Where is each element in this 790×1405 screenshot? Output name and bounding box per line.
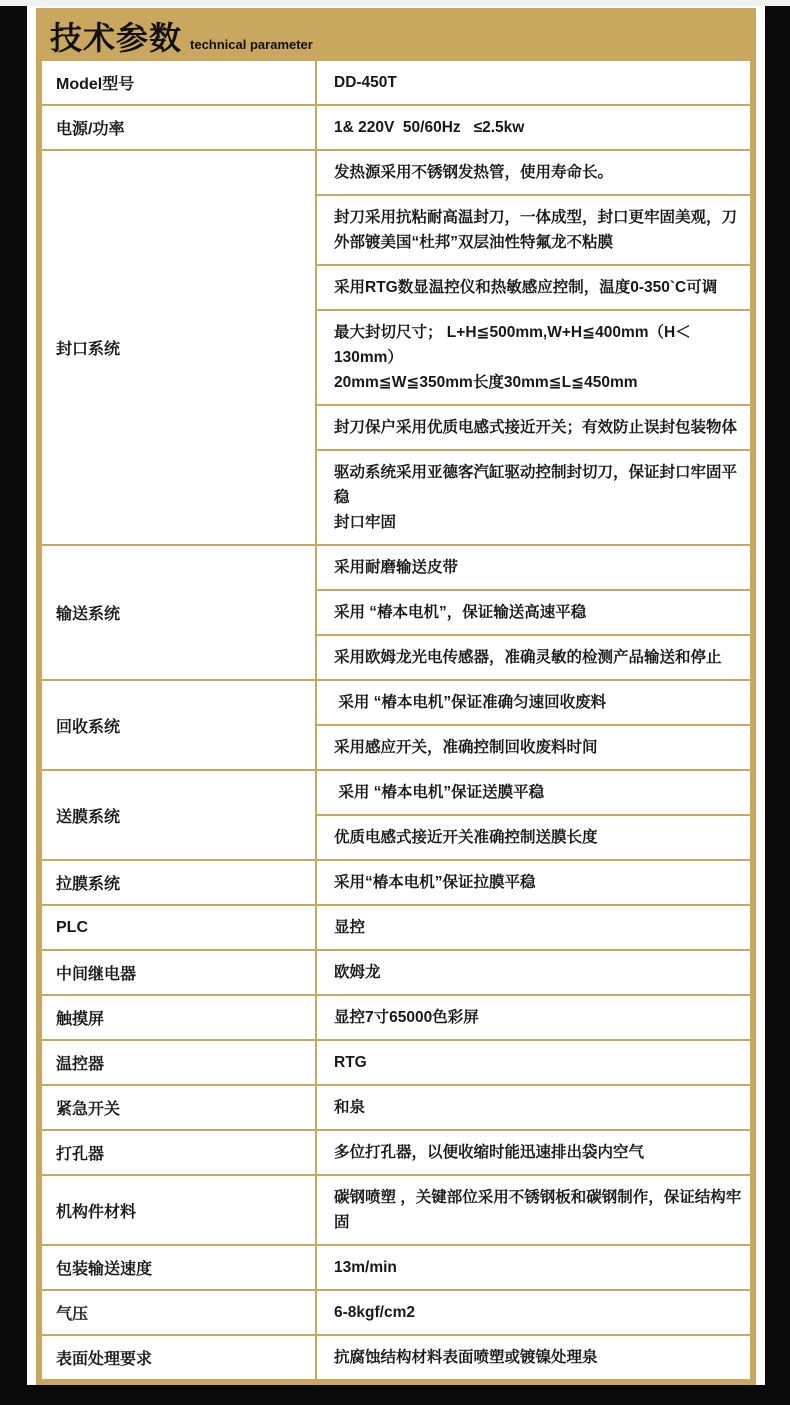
table-row: 触摸屏显控7寸65000色彩屏 (41, 995, 751, 1040)
spec-label: PLC (41, 905, 316, 950)
spec-value: 封刀保户采用优质电感式接近开关；有效防止误封包装物体 (316, 405, 751, 450)
spec-value: 优质电感式接近开关准确控制送膜长度 (316, 815, 751, 860)
spec-value: 1& 220V 50/60Hz ≤2.5kw (316, 105, 751, 150)
table-row: 打孔器多位打孔器，以便收缩时能迅速排出袋内空气 (41, 1130, 751, 1175)
spec-label: 拉膜系统 (41, 860, 316, 905)
spec-label: 温控器 (41, 1040, 316, 1085)
spec-value: 和泉 (316, 1085, 751, 1130)
table-row: 送膜系统 采用 “椿本电机”保证送膜平稳 (41, 770, 751, 815)
table-row: 电源/功率1& 220V 50/60Hz ≤2.5kw (41, 105, 751, 150)
spec-label: 触摸屏 (41, 995, 316, 1040)
spec-value: 封刀采用抗粘耐高温封刀，一体成型，封口更牢固美观，刀 外部镀美国“杜邦”双层油性… (316, 195, 751, 265)
spec-label: 包装输送速度 (41, 1245, 316, 1290)
spec-value: 采用感应开关，准确控制回收废料时间 (316, 725, 751, 770)
spec-label: 气压 (41, 1290, 316, 1335)
spec-label: 打孔器 (41, 1130, 316, 1175)
table-row: 拉膜系统采用“椿本电机”保证拉膜平稳 (41, 860, 751, 905)
table-row: 表面处理要求抗腐蚀结构材料表面喷塑或镀镍处理泉 (41, 1335, 751, 1380)
table-row: 温控器RTG (41, 1040, 751, 1085)
table-row: 机构件材料碳钢喷塑 ，关键部位采用不锈钢板和碳钢制作，保证结构牢固 (41, 1175, 751, 1245)
spec-value: 显控 (316, 905, 751, 950)
spec-value: 采用欧姆龙光电传感器，准确灵敏的检测产品输送和停止 (316, 635, 751, 680)
spec-value: 抗腐蚀结构材料表面喷塑或镀镍处理泉 (316, 1335, 751, 1380)
spec-value: 6-8kgf/cm2 (316, 1290, 751, 1335)
spec-label: 回收系统 (41, 680, 316, 770)
spec-table: Model型号DD-450T电源/功率1& 220V 50/60Hz ≤2.5k… (40, 59, 752, 1381)
spec-label: 送膜系统 (41, 770, 316, 860)
spec-table-body: Model型号DD-450T电源/功率1& 220V 50/60Hz ≤2.5k… (41, 60, 751, 1380)
table-row: 输送系统采用耐磨输送皮带 (41, 545, 751, 590)
spec-value: 驱动系统采用亚德客汽缸驱动控制封切刀，保证封口牢固平稳 封口牢固 (316, 450, 751, 545)
spec-value: 采用“椿本电机”保证拉膜平稳 (316, 860, 751, 905)
spec-value: 多位打孔器，以便收缩时能迅速排出袋内空气 (316, 1130, 751, 1175)
section-title: 技术参数 (50, 22, 182, 54)
spec-label: 中间继电器 (41, 950, 316, 995)
section-subtitle: technical parameter (190, 37, 313, 54)
table-row: 回收系统 采用 “椿本电机”保证准确匀速回收废料 (41, 680, 751, 725)
table-row: 紧急开关和泉 (41, 1085, 751, 1130)
table-row: 封口系统发热源采用不锈钢发热管，使用寿命长。 (41, 150, 751, 195)
spec-value: 采用 “椿本电机”，保证输送高速平稳 (316, 590, 751, 635)
spec-value: 碳钢喷塑 ，关键部位采用不锈钢板和碳钢制作，保证结构牢固 (316, 1175, 751, 1245)
table-row: Model型号DD-450T (41, 60, 751, 105)
table-row: PLC显控 (41, 905, 751, 950)
spec-label: 机构件材料 (41, 1175, 316, 1245)
table-frame: 技术参数 technical parameter Model型号DD-450T电… (36, 8, 756, 1385)
spec-value: 采用 “椿本电机”保证送膜平稳 (316, 770, 751, 815)
table-row: 气压6-8kgf/cm2 (41, 1290, 751, 1335)
spec-label: 输送系统 (41, 545, 316, 680)
spec-value: RTG (316, 1040, 751, 1085)
spec-label: 紧急开关 (41, 1085, 316, 1130)
table-row: 中间继电器欧姆龙 (41, 950, 751, 995)
spec-label: 电源/功率 (41, 105, 316, 150)
spec-label: 表面处理要求 (41, 1335, 316, 1380)
spec-panel: 技术参数 technical parameter Model型号DD-450T电… (27, 6, 765, 1385)
spec-value: 采用耐磨输送皮带 (316, 545, 751, 590)
spec-value: 采用 “椿本电机”保证准确匀速回收废料 (316, 680, 751, 725)
spec-value: DD-450T (316, 60, 751, 105)
spec-value: 显控7寸65000色彩屏 (316, 995, 751, 1040)
spec-value: 欧姆龙 (316, 950, 751, 995)
table-row: 包装输送速度13m/min (41, 1245, 751, 1290)
spec-value: 13m/min (316, 1245, 751, 1290)
spec-value: 采用RTG数显温控仪和热敏感应控制，温度0-350`C可调 (316, 265, 751, 310)
spec-value: 发热源采用不锈钢发热管，使用寿命长。 (316, 150, 751, 195)
spec-label: 封口系统 (41, 150, 316, 545)
spec-value: 最大封切尺寸； L+H≦500mm,W+H≦400mm（H＜130mm） 20m… (316, 310, 751, 405)
section-header: 技术参数 technical parameter (40, 12, 752, 59)
spec-label: Model型号 (41, 60, 316, 105)
